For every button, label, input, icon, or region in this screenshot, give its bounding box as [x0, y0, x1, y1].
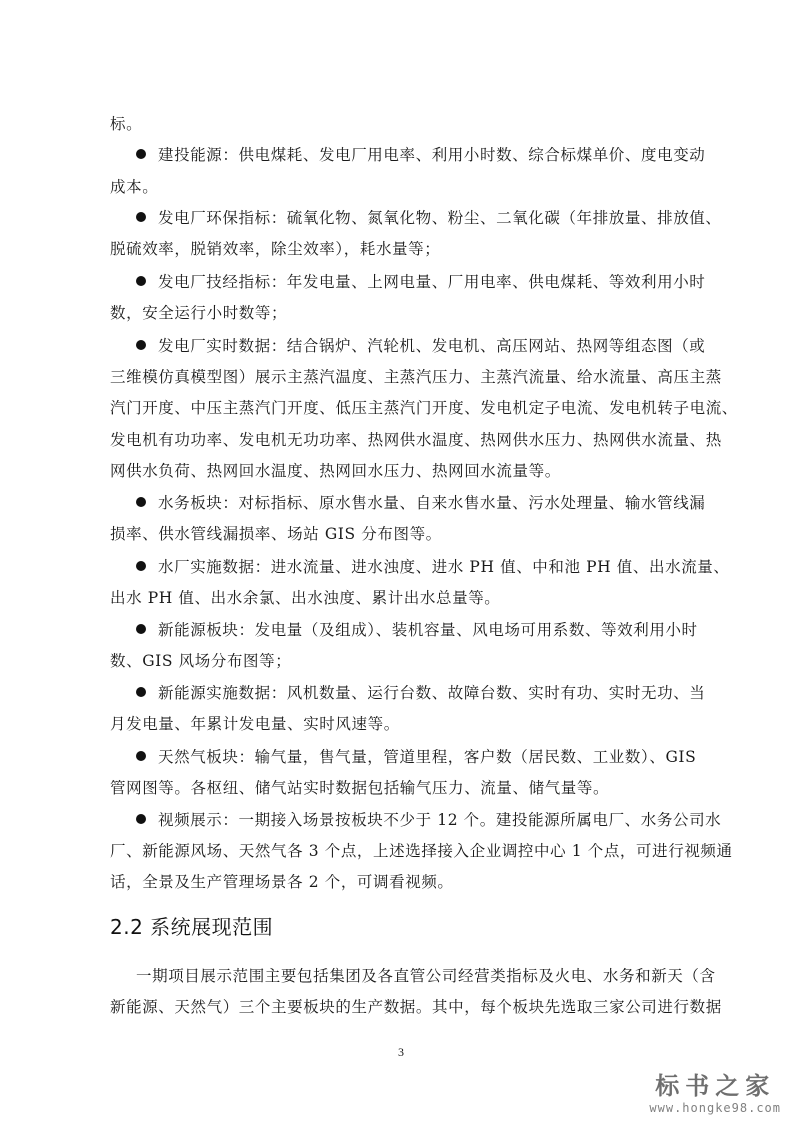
- text-line: 管网图等。各枢纽、储气站实时数据包括输气压力、流量、储气量等。: [110, 778, 710, 798]
- line-text: 脱硫效率，脱销效率，除尘效率），耗水量等；: [110, 240, 440, 258]
- line-text: 水务板块：对标指标、原水售水量、自来水售水量、污水处理量、输水管线漏: [158, 494, 705, 512]
- line-text: 网供水负荷、热网回水温度、热网回水压力、热网回水流量等。: [110, 462, 561, 480]
- section-heading: 2.2 系统展现范围: [110, 911, 273, 940]
- watermark-url: www.hongke98.com: [649, 1101, 781, 1115]
- line-text: 视频展示：一期接入场景按板块不少于 12 个。建投能源所属电厂、水务公司水: [158, 811, 721, 829]
- text-line: 厂、新能源风场、天然气各 3 个点，上述选择接入企业调控中心 1 个点，可进行视…: [110, 841, 710, 861]
- bullet-item: 视频展示：一期接入场景按板块不少于 12 个。建投能源所属电厂、水务公司水: [136, 810, 736, 830]
- text-line: 数，安全运行小时数等；: [110, 303, 710, 323]
- line-text: 发电厂环保指标：硫氧化物、氮氧化物、粉尘、二氧化碳（年排放量、排放值、: [158, 209, 722, 227]
- text-line: 数、GIS 风场分布图等；: [110, 651, 710, 671]
- bullet-icon: [136, 687, 146, 697]
- bullet-item: 发电厂技经指标：年发电量、上网电量、厂用电率、供电煤耗、等效利用小时: [136, 272, 736, 292]
- bullet-item: 天然气板块：输气量，售气量，管道里程，客户数（居民数、工业数）、GIS: [136, 747, 736, 767]
- line-text: 管网图等。各枢纽、储气站实时数据包括输气压力、流量、储气量等。: [110, 779, 609, 797]
- bullet-item: 发电厂环保指标：硫氧化物、氮氧化物、粉尘、二氧化碳（年排放量、排放值、: [136, 208, 736, 228]
- bullet-icon: [136, 814, 146, 824]
- watermark-title: 标书之家: [649, 1066, 781, 1101]
- line-text: 新能源实施数据：风机数量、运行台数、故障台数、实时有功、实时无功、当: [158, 684, 705, 702]
- bullet-item: 新能源实施数据：风机数量、运行台数、故障台数、实时有功、实时无功、当: [136, 683, 736, 703]
- line-text: 水厂实施数据：进水流量、进水浊度、进水 PH 值、中和池 PH 值、出水流量、: [158, 558, 730, 576]
- bullet-item: 水务板块：对标指标、原水售水量、自来水售水量、污水处理量、输水管线漏: [136, 493, 736, 513]
- line-text: 数，安全运行小时数等；: [110, 304, 287, 322]
- bullet-icon: [136, 149, 146, 159]
- paragraph-line: 新能源、天然气）三个主要板块的生产数据。其中，每个板块先选取三家公司进行数据: [110, 997, 710, 1017]
- line-text: 发电厂技经指标：年发电量、上网电量、厂用电率、供电煤耗、等效利用小时: [158, 273, 705, 291]
- line-text: 出水 PH 值、出水余氯、出水浊度、累计出水总量等。: [110, 589, 500, 607]
- text-line: 汽门开度、中压主蒸汽门开度、低压主蒸汽门开度、发电机定子电流、发电机转子电流、: [110, 398, 710, 418]
- page-number: 3: [398, 1045, 404, 1060]
- line-text: 发电厂实时数据：结合锅炉、汽轮机、发电机、高压网站、热网等组态图（或: [158, 337, 705, 355]
- text-line: 三维模仿真模型图）展示主蒸汽温度、主蒸汽压力、主蒸汽流量、给水流量、高压主蒸: [110, 367, 710, 387]
- bullet-icon: [136, 497, 146, 507]
- line-text: 成本。: [110, 178, 158, 196]
- text-line: 成本。: [110, 177, 710, 197]
- text-line: 发电机有功功率、发电机无功功率、热网供水温度、热网供水压力、热网供水流量、热: [110, 430, 710, 450]
- text-line: 标。: [110, 114, 710, 134]
- bullet-item: 发电厂实时数据：结合锅炉、汽轮机、发电机、高压网站、热网等组态图（或: [136, 336, 736, 356]
- text-line: 损率、供水管线漏损率、场站 GIS 分布图等。: [110, 524, 710, 544]
- bullet-icon: [136, 340, 146, 350]
- bullet-icon: [136, 212, 146, 222]
- text-line: 出水 PH 值、出水余氯、出水浊度、累计出水总量等。: [110, 588, 710, 608]
- bullet-icon: [136, 751, 146, 761]
- bullet-icon: [136, 276, 146, 286]
- bullet-icon: [136, 561, 146, 571]
- bullet-item: 水厂实施数据：进水流量、进水浊度、进水 PH 值、中和池 PH 值、出水流量、: [136, 557, 736, 577]
- line-text: 三维模仿真模型图）展示主蒸汽温度、主蒸汽压力、主蒸汽流量、给水流量、高压主蒸: [110, 368, 722, 386]
- line-text: 建投能源：供电煤耗、发电厂用电率、利用小时数、综合标煤单价、度电变动: [158, 146, 705, 164]
- text-line: 月发电量、年累计发电量、实时风速等。: [110, 714, 710, 734]
- text-line: 网供水负荷、热网回水温度、热网回水压力、热网回水流量等。: [110, 461, 710, 481]
- line-text: 厂、新能源风场、天然气各 3 个点，上述选择接入企业调控中心 1 个点，可进行视…: [110, 842, 733, 860]
- line-text: 发电机有功功率、发电机无功功率、热网供水温度、热网供水压力、热网供水流量、热: [110, 431, 722, 449]
- watermark: 标书之家 www.hongke98.com: [649, 1066, 781, 1115]
- bullet-item: 新能源板块：发电量（及组成）、装机容量、风电场可用系数、等效利用小时: [136, 620, 736, 640]
- bullet-item: 建投能源：供电煤耗、发电厂用电率、利用小时数、综合标煤单价、度电变动: [136, 145, 736, 165]
- text-line: 脱硫效率，脱销效率，除尘效率），耗水量等；: [110, 239, 710, 259]
- line-text: 损率、供水管线漏损率、场站 GIS 分布图等。: [110, 525, 442, 543]
- bullet-icon: [136, 624, 146, 634]
- line-text: 新能源板块：发电量（及组成）、装机容量、风电场可用系数、等效利用小时: [158, 621, 698, 639]
- line-text: 月发电量、年累计发电量、实时风速等。: [110, 715, 400, 733]
- line-text: 标。: [110, 115, 142, 133]
- paragraph-line: 一期项目展示范围主要包括集团及各直管公司经营类指标及火电、水务和新天（含: [136, 966, 736, 986]
- line-text: 数、GIS 风场分布图等；: [110, 652, 291, 670]
- line-text: 话，全景及生产管理场景各 2 个，可调看视频。: [110, 873, 454, 891]
- line-text: 汽门开度、中压主蒸汽门开度、低压主蒸汽门开度、发电机定子电流、发电机转子电流、: [110, 399, 738, 417]
- line-text: 天然气板块：输气量，售气量，管道里程，客户数（居民数、工业数）、GIS: [158, 748, 696, 766]
- text-line: 话，全景及生产管理场景各 2 个，可调看视频。: [110, 872, 710, 892]
